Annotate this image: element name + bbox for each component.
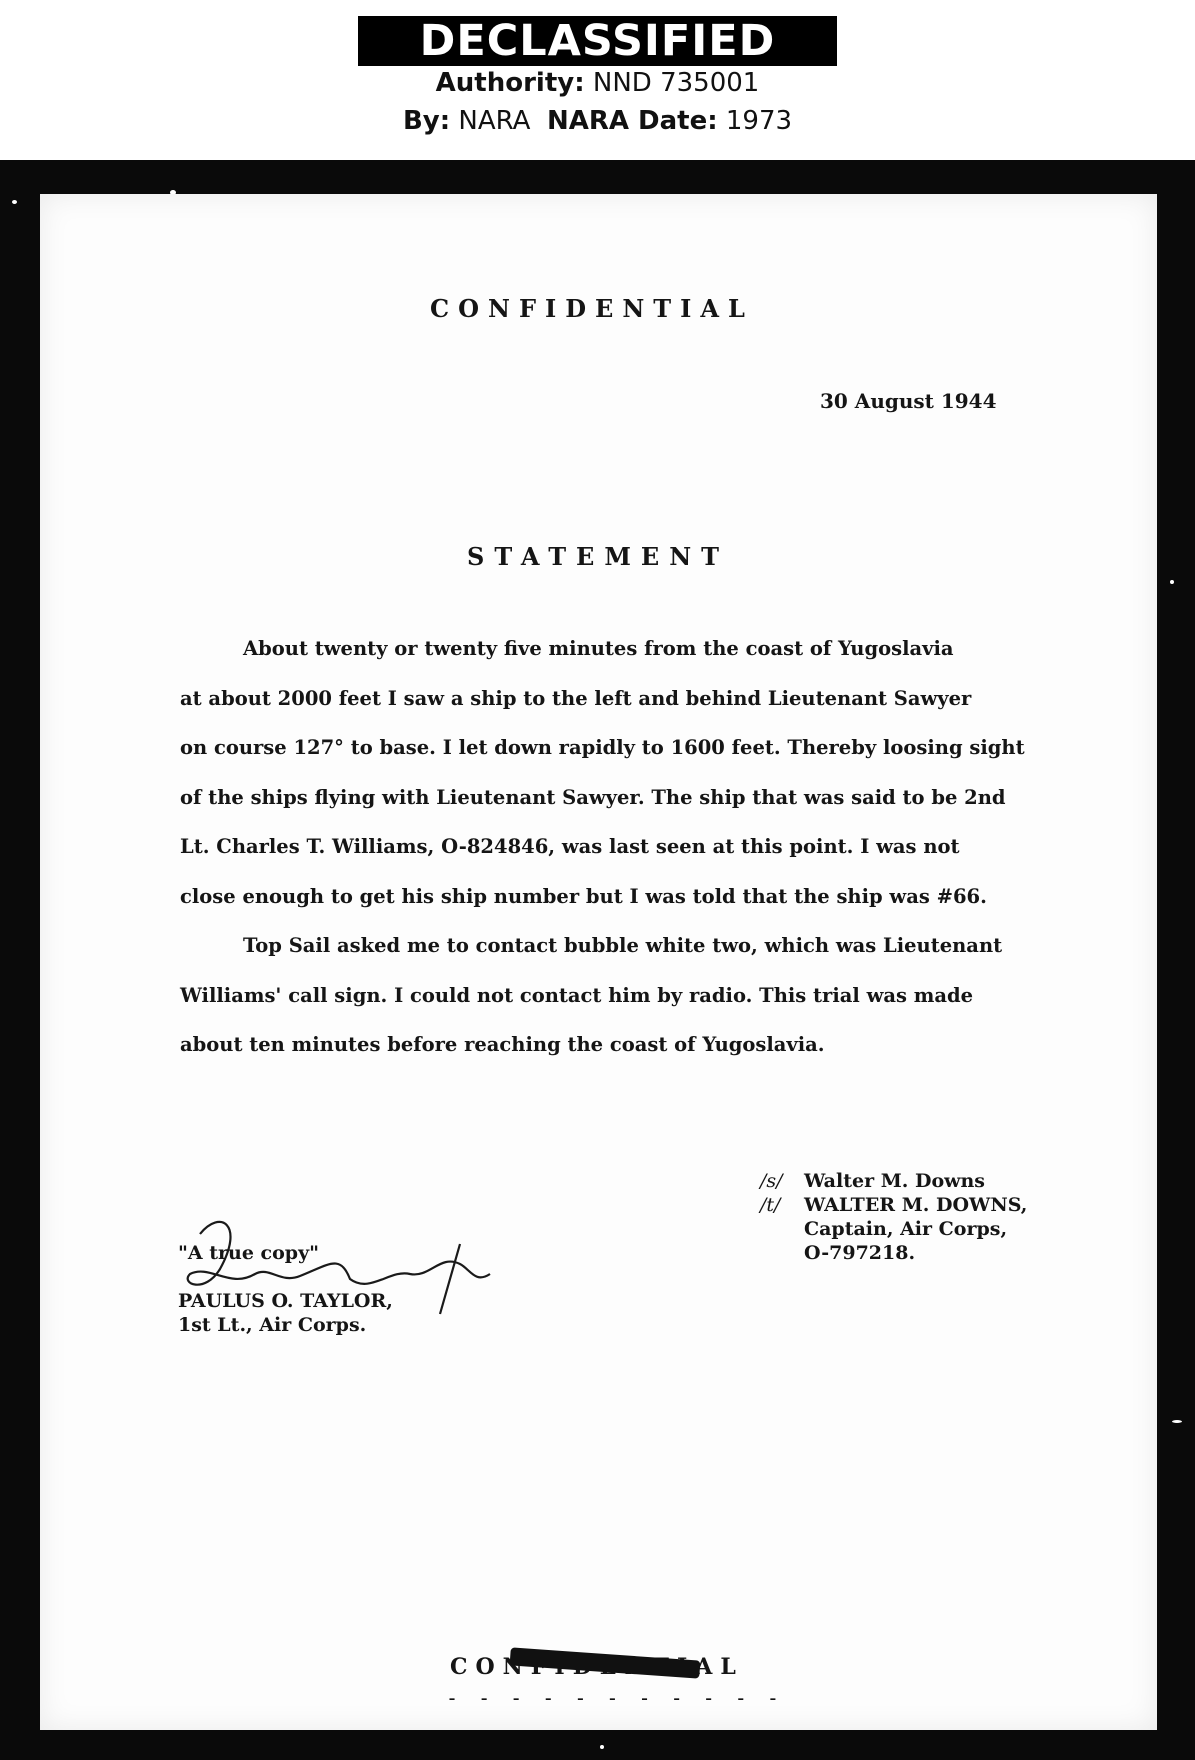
nara-date-value: 1973: [726, 106, 792, 136]
text-line: Top Sail asked me to contact bubble whit…: [180, 921, 1140, 971]
text-line: About twenty or twenty five minutes from…: [180, 624, 1140, 674]
signature-block-downs: /s/Walter M. Downs /t/WALTER M. DOWNS, C…: [760, 1169, 1027, 1265]
typed-name: WALTER M. DOWNS,: [804, 1194, 1027, 1216]
signed-line: /s/Walter M. Downs: [760, 1169, 1027, 1193]
paragraph-1: About twenty or twenty five minutes from…: [180, 624, 1140, 921]
certifier-rank: 1st Lt., Air Corps.: [178, 1313, 393, 1337]
authority-line: Authority: NND 735001: [0, 68, 1195, 98]
scan-speck: [1172, 1420, 1182, 1423]
text-line: of the ships flying with Lieutenant Sawy…: [180, 773, 1140, 823]
document-date: 30 August 1944: [820, 389, 997, 413]
typed-line: /t/WALTER M. DOWNS,: [760, 1193, 1027, 1217]
scan-speck: [1170, 580, 1174, 584]
authority-value: NND 735001: [593, 68, 759, 98]
declassified-banner: DECLASSIFIED: [358, 16, 837, 66]
typed-prefix: /t/: [760, 1193, 804, 1217]
scan-frame: CONFIDENTIAL 30 August 1944 STATEMENT Ab…: [0, 160, 1195, 1760]
scan-speck: [12, 200, 17, 204]
nara-line: By: NARA NARA Date: 1973: [0, 106, 1195, 136]
document-page: CONFIDENTIAL 30 August 1944 STATEMENT Ab…: [40, 194, 1157, 1730]
declassification-stamp: DECLASSIFIED Authority: NND 735001 By: N…: [0, 0, 1195, 160]
by-value: NARA: [458, 106, 530, 136]
signer-rank: Captain, Air Corps,: [760, 1217, 1027, 1241]
certifier-name: PAULUS O. TAYLOR,: [178, 1289, 393, 1313]
text-line: on course 127° to base. I let down rapid…: [180, 723, 1140, 773]
scan-speck: [600, 1745, 604, 1749]
text-line: close enough to get his ship number but …: [180, 872, 1140, 922]
footer-underline: - - - - - - - - - - -: [446, 1686, 783, 1710]
authority-label: Authority:: [436, 68, 585, 98]
nara-date-label: NARA Date:: [547, 106, 718, 136]
statement-body: About twenty or twenty five minutes from…: [180, 624, 1140, 1070]
text-line: Williams' call sign. I could not contact…: [180, 971, 1140, 1021]
document-title: STATEMENT: [467, 542, 729, 571]
classification-header: CONFIDENTIAL: [430, 294, 754, 323]
certification-block-taylor: "A true copy" PAULUS O. TAYLOR, 1st Lt.,…: [178, 1241, 393, 1337]
by-label: By:: [403, 106, 450, 136]
true-copy-line: "A true copy": [178, 1241, 393, 1265]
paragraph-2: Top Sail asked me to contact bubble whit…: [180, 921, 1140, 1070]
text-line: at about 2000 feet I saw a ship to the l…: [180, 674, 1140, 724]
signer-serial: O-797218.: [760, 1241, 1027, 1265]
signed-name: Walter M. Downs: [804, 1170, 985, 1192]
signed-prefix: /s/: [760, 1169, 804, 1193]
signature-space: [178, 1265, 393, 1289]
text-line: about ten minutes before reaching the co…: [180, 1020, 1140, 1070]
text-line: Lt. Charles T. Williams, O-824846, was l…: [180, 822, 1140, 872]
